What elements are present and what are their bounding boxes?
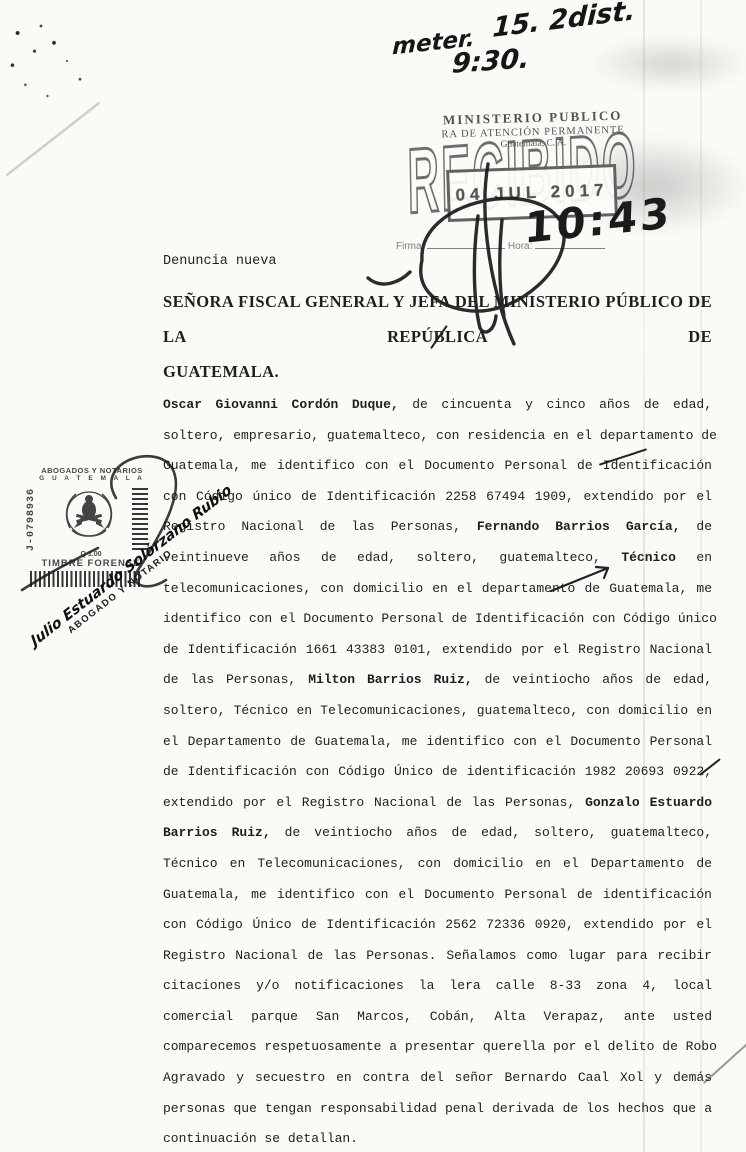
body-text-line: identifico con el Documento Personal de … xyxy=(163,604,712,635)
body-text-line: Guatemala, me identifico con el Document… xyxy=(163,880,712,911)
body-text-line: con Código único de Identificación 2258 … xyxy=(163,482,712,513)
document-type-label: Denuncia nueva xyxy=(163,252,712,272)
body-text-line: con Código Único de Identificación 2562 … xyxy=(163,910,712,941)
body-text-line: de Identificación 1661 43383 0101, exten… xyxy=(163,635,712,666)
body-text-line: Barrios Ruiz, de veintiocho años de edad… xyxy=(163,818,712,849)
addressee-heading-line2: GUATEMALA. xyxy=(163,354,712,389)
scan-speckles xyxy=(2,12,132,152)
body-text-line: soltero, empresario, guatemalteco, con r… xyxy=(163,421,712,452)
body-text-line: comercial parque San Marcos, Cobán, Alta… xyxy=(163,1002,712,1033)
body-text-line: personas que tengan responsabilidad pena… xyxy=(163,1094,712,1125)
body-text-line: de Identificación con Código Único de id… xyxy=(163,757,712,788)
body-text-line: Técnico en Telecomunicaciones, con domic… xyxy=(163,849,712,880)
body-text-line: Agravado y secuestro en contra del señor… xyxy=(163,1063,712,1094)
body-text-line: veintinueve años de edad, soltero, guate… xyxy=(163,543,712,574)
body-text-line: soltero, Técnico en Telecomunicaciones, … xyxy=(163,696,712,727)
body-text-line: Registro Nacional de las Personas. Señal… xyxy=(163,941,712,972)
document-body: Oscar Giovanni Cordón Duque, de cincuent… xyxy=(163,390,712,1152)
body-text-line: el Departamento de Guatemala, me identif… xyxy=(163,727,712,758)
body-text-line: telecomunicaciones, con domicilio en el … xyxy=(163,574,712,605)
scanned-document-page: { "colors": { "ink": "#1f1f1f", "stamp_g… xyxy=(0,0,746,1152)
pen-arrow-mark xyxy=(548,560,620,594)
handwritten-note-time: 9:30. xyxy=(451,43,530,80)
body-text-line: Oscar Giovanni Cordón Duque, de cincuent… xyxy=(163,390,712,421)
body-text-line: continuación se detallan. xyxy=(163,1124,712,1152)
scan-smudge xyxy=(588,36,746,91)
body-text-line: comparecemos respetuosamente a presentar… xyxy=(163,1032,712,1063)
document-text-block: Denuncia nueva SEÑORA FISCAL GENERAL Y J… xyxy=(163,252,712,1152)
body-text-line: citaciones y/o notificaciones la lera ca… xyxy=(163,971,712,1002)
body-text-line: Registro Nacional de las Personas, Ferna… xyxy=(163,512,712,543)
body-text-line: extendido por el Registro Nacional de la… xyxy=(163,788,712,819)
body-text-line: de las Personas, Milton Barrios Ruiz, de… xyxy=(163,665,712,696)
addressee-heading-line1: SEÑORA FISCAL GENERAL Y JEFA DEL MINISTE… xyxy=(163,284,712,354)
